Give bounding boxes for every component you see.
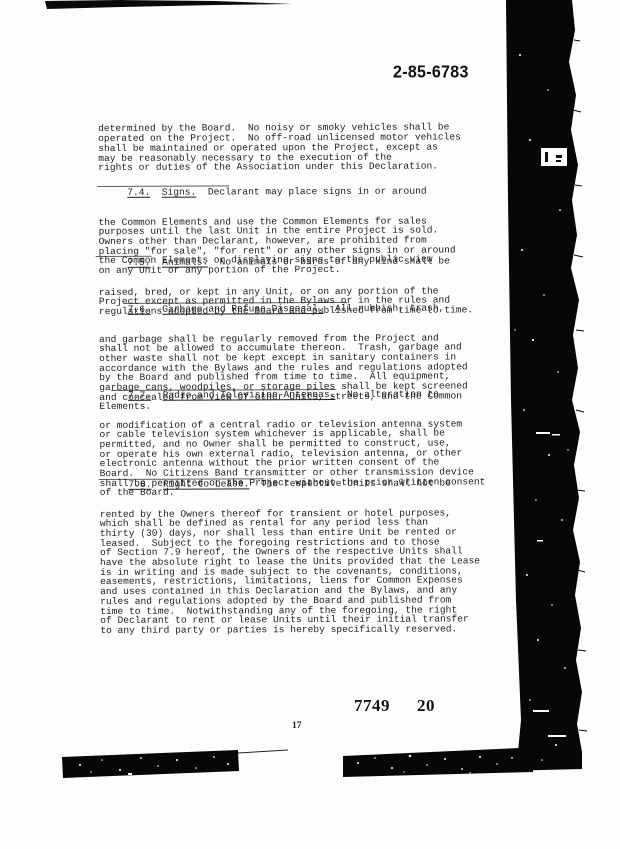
section-heading-line: 7.6. Garbage and Refuse Disposal. All ru… [99,304,468,315]
paragraph-text: determined by the Board. No noisy or smo… [98,123,461,173]
indent [99,390,128,401]
typed-text-layer: determined by the Board. No noisy or smo… [0,0,620,849]
section-title: Garbage and Refuse Disposal. [162,303,323,315]
section-number: 7.6. [128,304,151,315]
section-number: 7.8. [128,479,151,490]
section-first-line-rest: The respective Units shall not be [249,478,451,490]
indent [99,304,128,315]
section-number: 7.7. [128,390,151,401]
footer-stamp-left: 7749 [354,696,390,715]
section-first-line-rest: All rubbish, trash, [323,303,444,315]
indent [99,257,128,268]
section-first-line-rest: No alteration to [335,389,439,400]
gap [151,390,163,401]
section-heading-line: 7.5. Animals. No animals or birds of any… [99,257,473,268]
section-title: Right to Lease. [163,479,249,490]
gap [151,257,163,268]
indent [98,187,127,198]
section-title: Animals. [162,257,208,268]
scanned-document-page: determined by the Board. No noisy or smo… [0,0,620,849]
paragraph-text: rented by the Owners thereof for transie… [100,508,481,636]
gap [150,187,162,198]
gap [151,304,163,315]
section-title: Signs. [162,187,197,198]
document-number-stamp: 2-85-6783 [393,63,469,82]
footer-stamp: 774920 [354,696,435,716]
page-number: 17 [292,721,302,731]
footer-stamp-right: 20 [417,696,435,715]
section-title: Radio and Television Antennas. [163,389,336,401]
section-number: 7.5. [127,257,150,268]
section-number: 7.4. [127,187,150,198]
gap [151,479,163,490]
section-heading-line: 7.4. Signs. Declarant may place signs in… [98,187,455,198]
section-first-line-rest: Declarant may place signs in or around [196,186,426,198]
section-first-line-rest: No animals or birds of any kind shall be [208,256,450,268]
section-7-8: 7.8. Right to Lease. The respective Unit… [100,459,481,655]
indent [100,479,129,490]
section-heading-line: 7.7. Radio and Television Antennas. No a… [99,390,485,401]
section-heading-line: 7.8. Right to Lease. The respective Unit… [100,479,480,490]
